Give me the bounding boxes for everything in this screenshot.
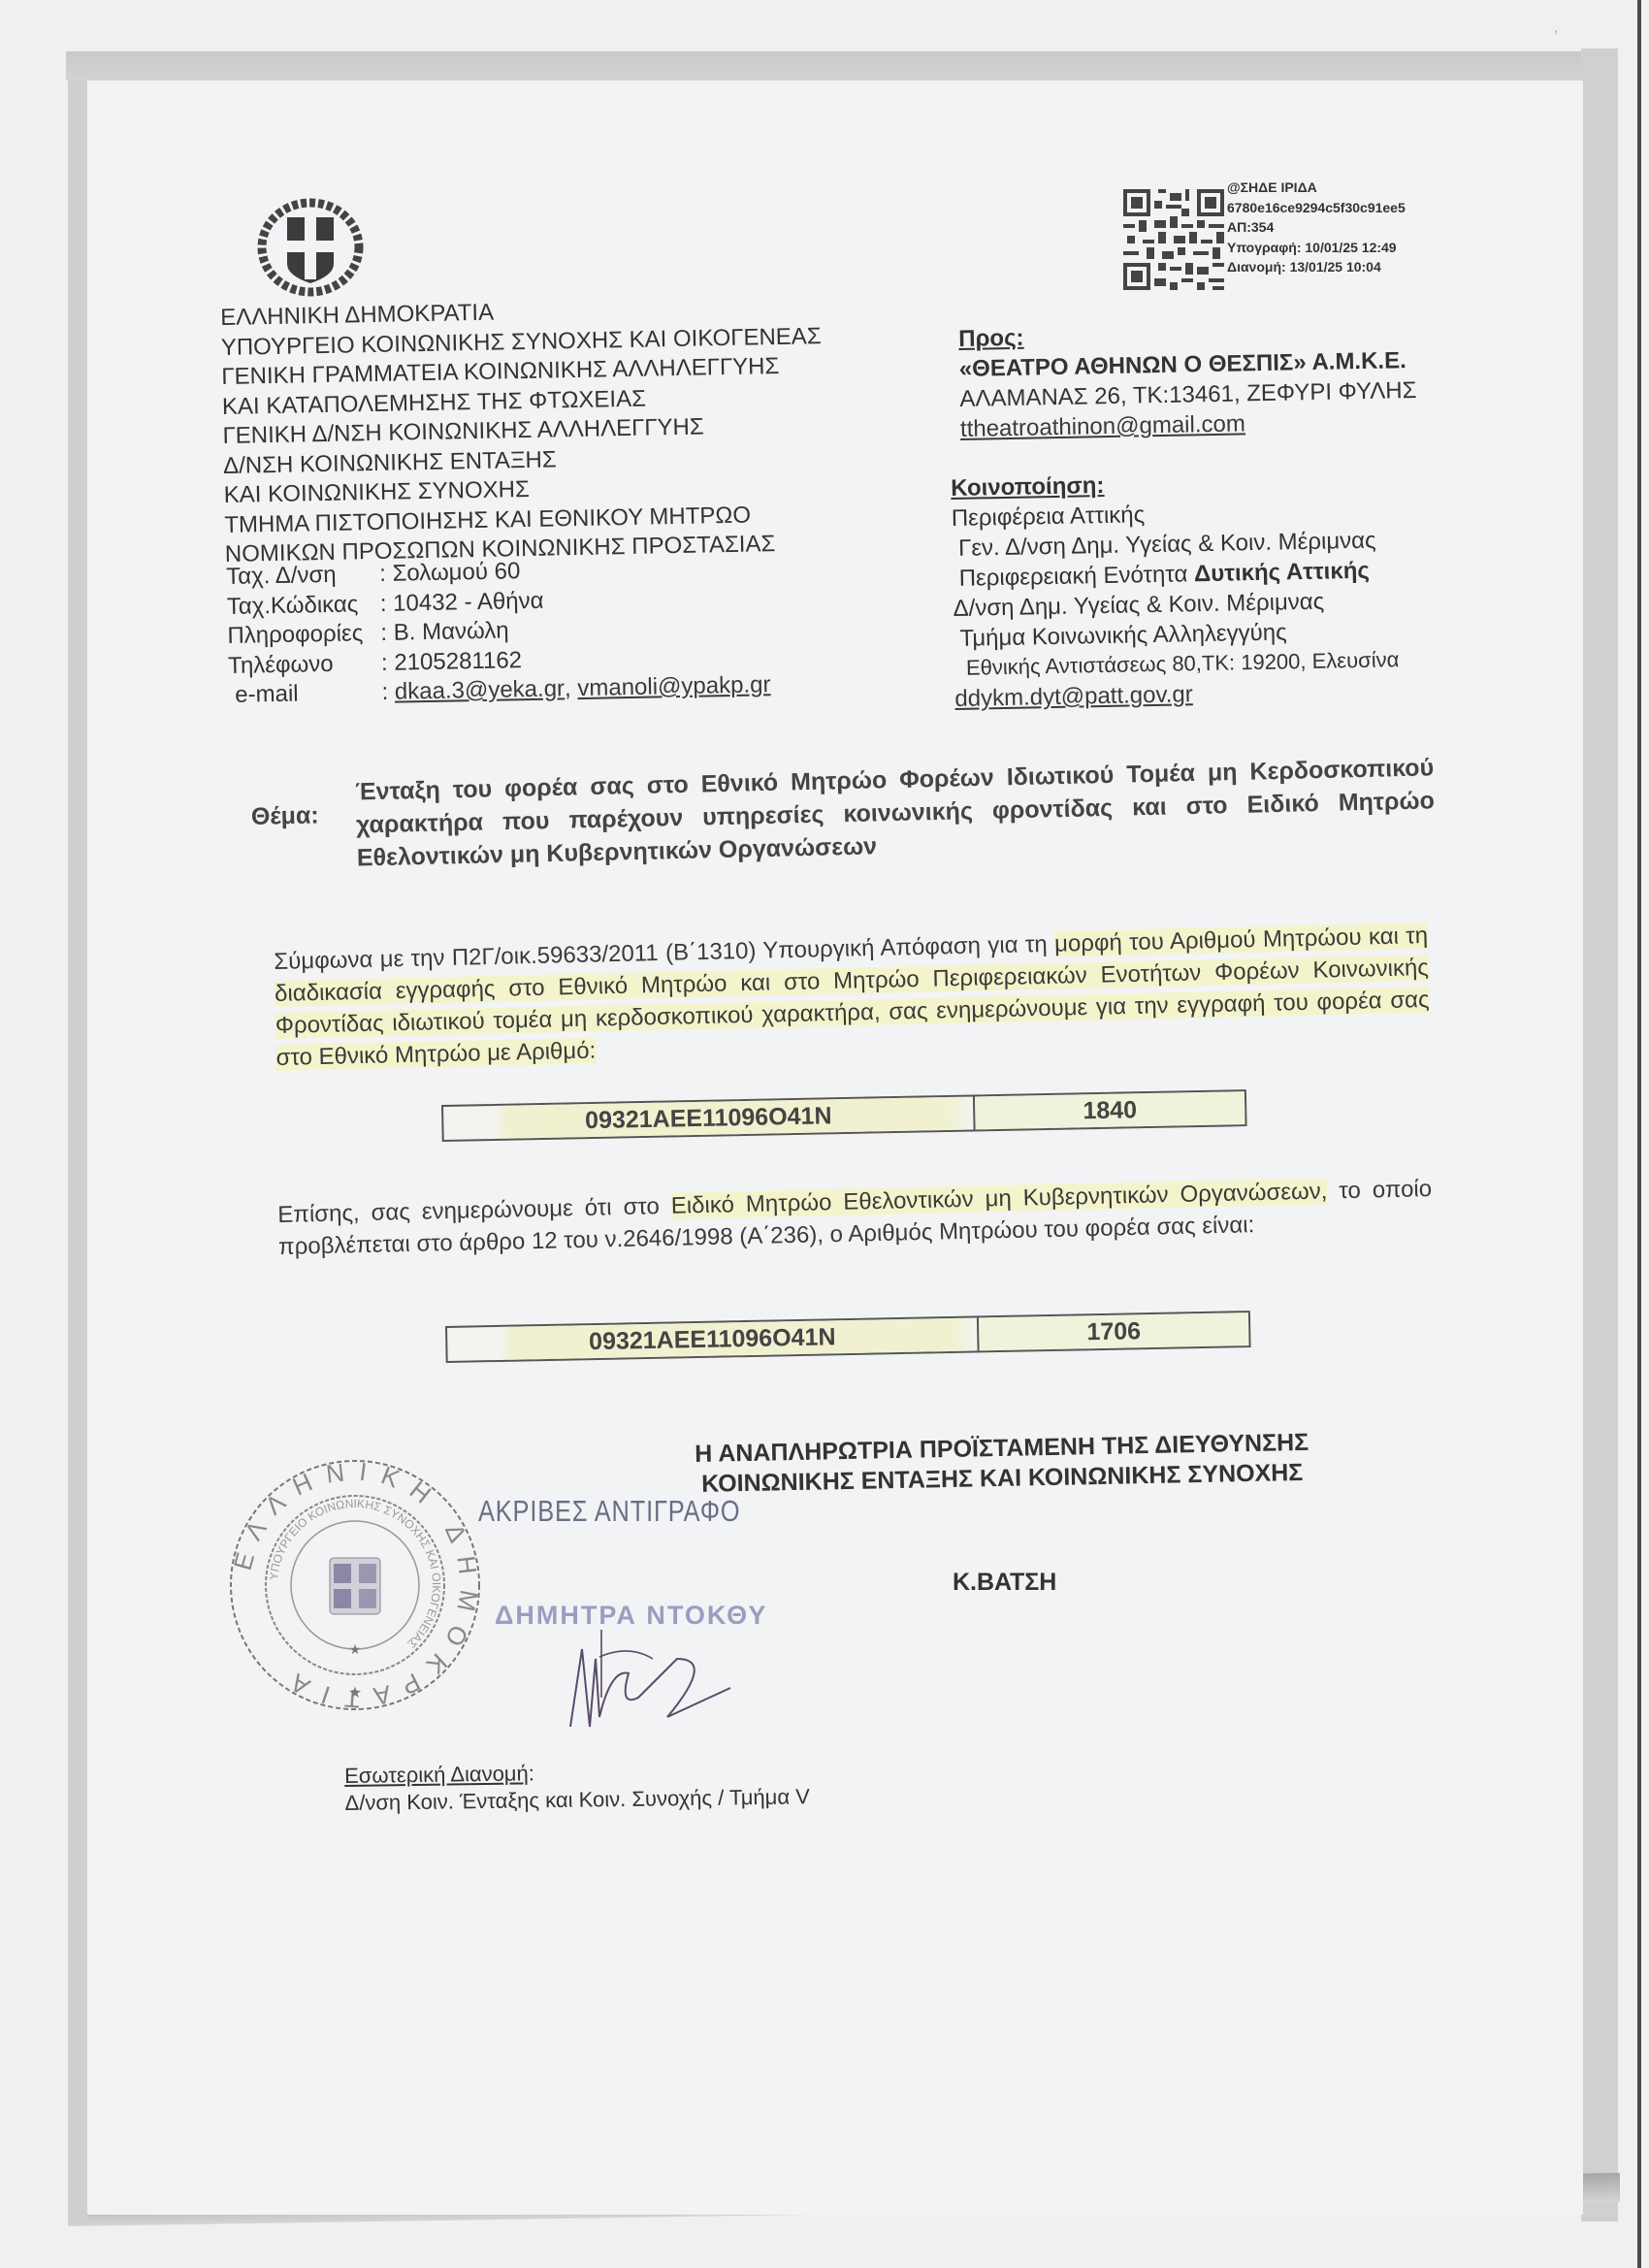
contact-value: : Σολωμού 60 [379,558,521,590]
body-paragraph-1: Σύμφωνα με την Π2Γ/οικ.59633/2011 (Β΄131… [274,920,1431,1074]
certifier-name-stamp: ΔΗΜΗΤΡΑ ΝΤΟΚΘΥ [495,1601,767,1631]
svg-text:★: ★ [348,1685,362,1701]
internal-distribution-colon: : [529,1761,534,1785]
electronic-signature-info: @ΣΗΔΕ ΙΡΙΔΑ 6780e16ce9294c5f30c91ee5 ΑΠ:… [1227,180,1406,280]
contact-value: : 10432 - Αθήνα [380,587,544,620]
cc-line-bold: Δυτικής Αττικής [1194,558,1370,587]
qr-line-system: @ΣΗΔΕ ΙΡΙΔΑ [1227,180,1406,201]
issuer-contact: Ταχ. Δ/νση: Σολωμού 60 Ταχ.Κώδικας: 1043… [226,553,771,711]
internal-distribution: Εσωτερική Διανομή: Δ/νση Κοιν. Ένταξης κ… [344,1759,810,1820]
registry-number-cell: 1840 [975,1091,1245,1129]
subject-label: Θέμα: [251,801,319,831]
paragraph-lead: Επίσης, σας ενημερώνουμε ότι στο [277,1193,671,1228]
qr-code-icon [1123,189,1224,290]
email-join: , [565,675,578,705]
contact-value: : 2105281162 [381,647,523,679]
greek-coat-of-arms-icon [255,196,366,299]
issuer-header: ΕΛΛΗΝΙΚΗ ΔΗΜΟΚΡΑΤΙΑ ΥΠΟΥΡΓΕΙΟ ΚΟΙΝΩΝΙΚΗΣ… [220,295,825,572]
cc-block: Κοινοποίηση: Περιφέρεια Αττικής Γεν. Δ/ν… [951,469,1400,718]
qr-line-protocol: ΑΠ:354 [1227,220,1406,241]
contact-label: e-mail [228,679,382,712]
recipient-block: Προς: «ΘΕΑΤΡΟ ΑΘΗΝΩΝ Ο ΘΕΣΠΙΣ» Α.Μ.Κ.Ε. … [958,319,1417,448]
email-link-dkaa[interactable]: dkaa.3@yeka.gr [395,675,566,708]
contact-label: Τηλέφωνο [228,649,382,682]
internal-distribution-label: Εσωτερική Διανομή [344,1761,529,1788]
registry-number-cell: 1706 [979,1312,1249,1350]
official-seal-icon: ΕΛΛΗΝΙΚΗ ΔΗΜΟΚΡΑΤΙΑ ΥΠΟΥΡΓΕΙΟ ΚΟΙΝΩΝΙΚΗΣ… [225,1455,485,1715]
contact-label: Πληροφορίες [227,620,381,653]
certified-copy-stamp: ΑΚΡΙΒΕΣ ΑΝΤΙΓΡΑΦΟ [478,1494,740,1529]
scan-mark: , [1554,19,1558,37]
cc-email-link[interactable]: ddykm.dyt@patt.gov.gr [954,681,1193,712]
contact-sep: : [381,679,395,709]
qr-line-hash: 6780e16ce9294c5f30c91ee5 [1227,201,1406,221]
handwritten-signature-icon [561,1630,735,1736]
qr-line-distributed: Διανομή: 13/01/25 10:04 [1227,260,1406,280]
contact-label: Ταχ.Κώδικας [227,590,381,623]
contact-value: : Β. Μανώλη [380,617,509,649]
cc-line-prefix: Περιφερειακή Ενότητα [953,561,1195,592]
contact-label: Ταχ. Δ/νση [226,561,380,594]
svg-text:★: ★ [349,1641,362,1657]
recipient-email-link[interactable]: ttheatroathinon@gmail.com [960,410,1245,442]
scan-edge-line [1637,0,1641,2268]
scan-border-left [68,81,87,2224]
scan-border-top [66,51,1618,81]
email-link-vmanoli[interactable]: vmanoli@ypakp.gr [577,671,771,704]
scan-border-right [1581,49,1618,2221]
signer-name: Κ.ΒΑΤΣΗ [953,1569,1056,1597]
signer-title: Η ΑΝΑΠΛΗΡΩΤΡΙΑ ΠΡΟΪΣΤΑΜΕΝΗ ΤΗΣ ΔΙΕΥΘΥΝΣΗ… [695,1431,1309,1503]
qr-line-signed: Υπογραφή: 10/01/25 12:49 [1227,241,1406,261]
